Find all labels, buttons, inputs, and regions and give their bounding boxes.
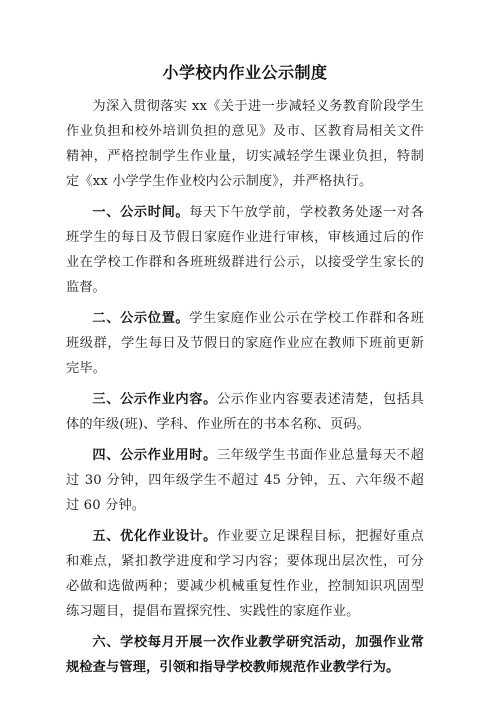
section-paragraph-2: 二、公示位置。学生家庭作业公示在学校工作群和各班班级群，学生每日及节假日的家庭作… — [66, 306, 424, 381]
section-heading-4: 四、公示作业用时。 — [92, 448, 217, 463]
section-paragraph-1: 一、公示时间。每天下午放学前，学校教务处逐一对各班学生的每日及节假日家庭作业进行… — [66, 200, 424, 300]
section-heading-2: 二、公示位置。 — [92, 311, 189, 326]
intro-paragraph: 为深入贯彻落实 xx《关于进一步减轻义务教育阶段学生作业负担和校外培训负担的意见… — [66, 94, 424, 194]
document-body: 为深入贯彻落实 xx《关于进一步减轻义务教育阶段学生作业负担和校外培训负担的意见… — [66, 94, 424, 686]
closing-paragraph: 六、学校每月开展一次作业教学研究活动，加强作业常规检查与管理，引领和指导学校教师… — [66, 630, 424, 680]
document-title: 小学校内作业公示制度 — [66, 60, 424, 83]
section-paragraph-4: 四、公示作业用时。三年级学生书面作业总量每天不超过 30 分钟，四年级学生不超过… — [66, 443, 424, 518]
section-heading-3: 三、公示作业内容。 — [92, 392, 217, 407]
section-paragraph-3: 三、公示作业内容。公示作业内容要表述清楚，包括具体的年级(班)、学科、作业所在的… — [66, 387, 424, 437]
section-paragraph-5: 五、优化作业设计。作业要立足课程目标，把握好重点和难点，紧扣教学进度和学习内容；… — [66, 524, 424, 624]
section-heading-1: 一、公示时间。 — [92, 205, 189, 220]
section-heading-5: 五、优化作业设计。 — [92, 529, 217, 544]
